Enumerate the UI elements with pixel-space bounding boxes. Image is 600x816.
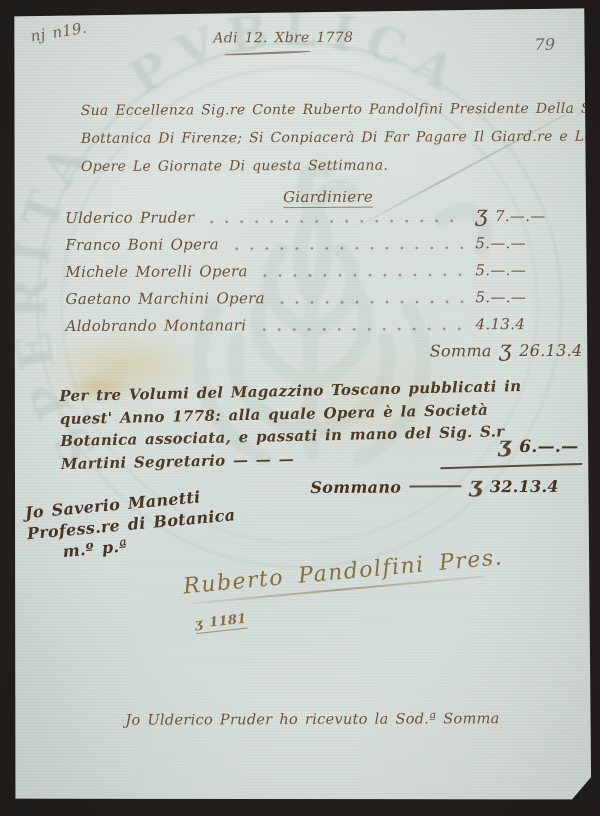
note-paragraph: Per tre Volumi del Magazzino Toscano pub… [59,375,523,475]
sommano-label: Sommano [310,478,401,497]
amount-cell: 5.—.— [475,234,567,252]
section-heading: Giardiniere [283,188,373,208]
salutation-line: Sua Eccellenza Sig.re Conte Ruberto Pand… [81,95,600,125]
stamp-number: ʒ 1181 [194,612,247,635]
lira-symbol: ʒ [498,432,511,458]
ledger-row: Ulderico Pruder ʒ 7.—.— [65,207,567,236]
lira-symbol: ʒ [469,472,482,498]
somma-label: Somma [430,341,492,360]
amount-cell: ʒ 7.—.— [475,207,567,225]
date-heading: Adi 12. Xbre 1778 [213,30,353,47]
sommano-dash-rule [409,485,461,487]
worker-name: Gaetano Marchini Opera [65,289,264,308]
amount-cell: 5.—.— [475,261,567,279]
dotted-leader [229,243,465,254]
dotted-leader [258,270,466,281]
ledger-row: Aldobrando Montanari 4.13.4 [66,315,568,344]
worker-name: Michele Morelli Opera [65,262,247,281]
amount-cell: 5.—.— [475,288,567,306]
dotted-leader [204,216,465,227]
lira-symbol: ʒ [499,337,512,362]
salutation-line: Bottanica Di Firenze; Si Conpiacerà Di F… [81,123,600,153]
worker-name: Ulderico Pruder [65,208,194,227]
lira-symbol: ʒ [475,202,488,227]
somma-total: Somma ʒ 26.13.4 [430,341,583,361]
sommano-amount: 32.13.4 [490,477,559,496]
secretary-signature-block: Jo Saverio Manetti Profess.re di Botanic… [24,483,238,565]
dotted-leader [275,297,466,308]
wage-ledger: Ulderico Pruder ʒ 7.—.— Franco Boni Oper… [65,207,568,344]
folio-number: 79 [534,35,555,54]
worker-name: Aldobrando Montanari [66,316,247,335]
sommano-grand-total: Sommanoʒ 32.13.4 [310,477,559,497]
amount-cell: 4.13.4 [476,315,568,333]
watermark-top-arc-text: PVBLICA [120,7,475,110]
note-amount: ʒ 6.—.— [498,437,578,457]
date-underline-flourish [224,50,310,55]
ledger-row: Franco Boni Opera 5.—.— [65,234,567,263]
manuscript-page: SPERITA PVBLICA [10,7,591,805]
worker-name: Franco Boni Opera [65,235,219,254]
receipt-acknowledgement-line: Jo Ulderico Pruder ho ricevuto la Sod.ª … [125,711,499,729]
salutation-paragraph: Sua Eccellenza Sig.re Conte Ruberto Pand… [81,95,600,181]
somma-amount: 26.13.4 [519,341,582,360]
ledger-row: Michele Morelli Opera 5.—.— [65,261,567,290]
archival-note: nj n19. [29,19,88,46]
ledger-row: Gaetano Marchini Opera 5.—.— [65,288,567,317]
dotted-leader [256,324,465,335]
president-signature: Ruberto Pandolfini Pres. [182,545,504,599]
salutation-line: Opere Le Giornate Di questa Settimana. [81,151,600,181]
